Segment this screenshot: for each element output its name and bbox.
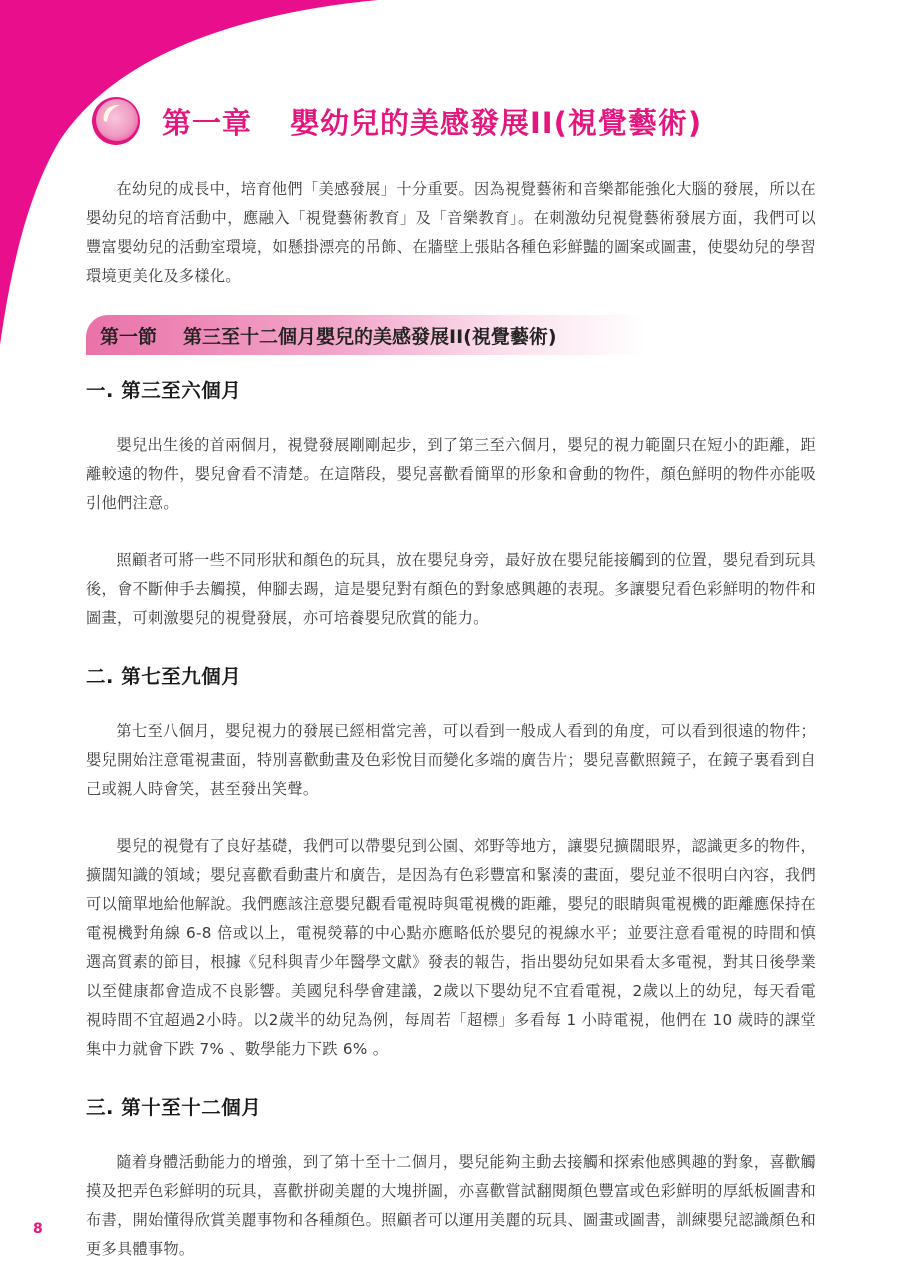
intro-paragraph: 在幼兒的成長中，培育他們「美感發展」十分重要。因為視覺藝術和音樂都能強化大腦的發…: [86, 175, 816, 291]
chapter-header: 第一章嬰幼兒的美感發展II(視覺藝術): [90, 95, 702, 147]
paragraph: 嬰兒的視覺有了良好基礎，我們可以帶嬰兒到公園、郊野等地方，讓嬰兒擴闊眼界，認識更…: [86, 832, 816, 1064]
pink-bubble-icon: [90, 95, 142, 147]
section-number: 第一節: [100, 322, 157, 349]
chapter-name: 嬰幼兒的美感發展II(視覺藝術): [290, 106, 702, 140]
paragraph: 隨着身體活動能力的增強，到了第十至十二個月，嬰兒能夠主動去接觸和探索他感興趣的對…: [86, 1148, 816, 1264]
paragraph: 照顧者可將一些不同形狀和顏色的玩具，放在嬰兒身旁，最好放在嬰兒能接觸到的位置，嬰…: [86, 546, 816, 633]
section-title: 第三至十二個月嬰兒的美感發展II(視覺藝術): [183, 322, 557, 349]
page-content: 在幼兒的成長中，培育他們「美感發展」十分重要。因為視覺藝術和音樂都能強化大腦的發…: [86, 175, 816, 1264]
subsection-heading-3: 三. 第十至十二個月: [86, 1092, 816, 1120]
chapter-number: 第一章: [162, 106, 252, 140]
paragraph: 嬰兒出生後的首兩個月，視覺發展剛剛起步，到了第三至六個月，嬰兒的視力範圍只在短小…: [86, 431, 816, 518]
section-banner: 第一節 第三至十二個月嬰兒的美感發展II(視覺藝術): [86, 315, 646, 355]
page-number: 8: [33, 1221, 43, 1237]
chapter-title: 第一章嬰幼兒的美感發展II(視覺藝術): [162, 101, 702, 142]
subsection-heading-2: 二. 第七至九個月: [86, 661, 816, 689]
subsection-heading-1: 一. 第三至六個月: [86, 375, 816, 403]
paragraph: 第七至八個月，嬰兒視力的發展已經相當完善，可以看到一般成人看到的角度，可以看到很…: [86, 717, 816, 804]
